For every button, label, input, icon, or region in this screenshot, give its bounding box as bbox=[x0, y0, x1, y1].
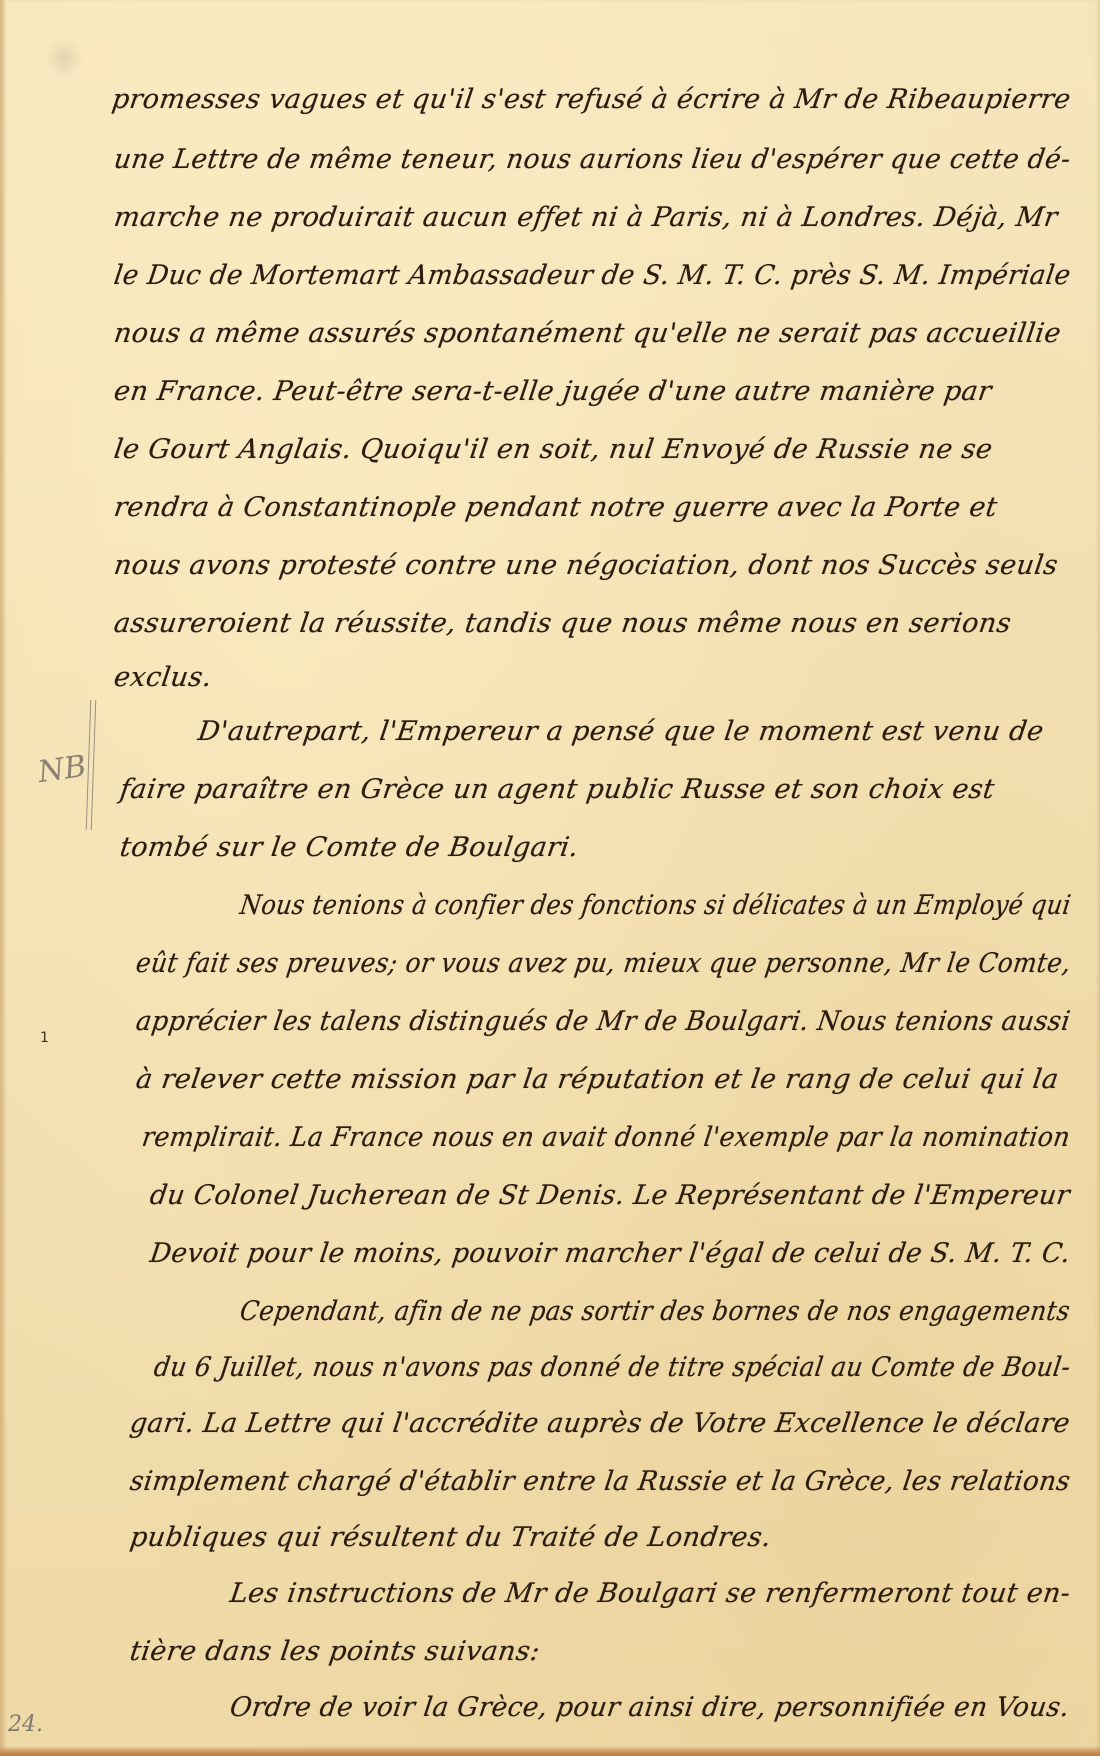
manuscript-line: eût fait ses preuves; or vous avez pu, m… bbox=[134, 948, 1073, 979]
manuscript-line: remplirait. La France nous en avait donn… bbox=[140, 1122, 1072, 1153]
manuscript-line: D'autrepart, l'Empereur a pensé que le m… bbox=[196, 716, 1046, 747]
manuscript-line: à relever cette mission par la réputatio… bbox=[134, 1064, 1061, 1095]
manuscript-line: marche ne produirait aucun effet ni à Pa… bbox=[112, 202, 1060, 233]
manuscript-line: Devoit pour le moins, pouvoir marcher l'… bbox=[148, 1238, 1073, 1269]
manuscript-line: exclus. bbox=[112, 662, 214, 693]
manuscript-line: rendra à Constantinople pendant notre gu… bbox=[112, 492, 999, 523]
manuscript-line: Cependant, afin de ne pas sortir des bor… bbox=[238, 1296, 1072, 1327]
manuscript-line: simplement chargé d'établir entre la Rus… bbox=[128, 1466, 1072, 1497]
page-left-edge bbox=[0, 0, 6, 1756]
page-bottom-edge bbox=[0, 1746, 1100, 1756]
manuscript-line: Nous tenions à confier des fonctions si … bbox=[238, 890, 1073, 921]
manuscript-line: promesses vagues et qu'il s'est refusé à… bbox=[110, 84, 1073, 115]
manuscript-line: apprécier les talens distingués de Mr de… bbox=[134, 1006, 1072, 1037]
manuscript-line: du Colonel Jucherean de St Denis. Le Rep… bbox=[148, 1180, 1072, 1211]
manuscript-line: tombé sur le Comte de Boulgari. bbox=[118, 832, 581, 863]
manuscript-line: nous avons protesté contre une négociati… bbox=[112, 550, 1060, 581]
manuscript-line: assureroient la réussite, tandis que nou… bbox=[112, 608, 1013, 639]
folio-number: 24. bbox=[8, 1712, 43, 1737]
faded-stamp bbox=[44, 40, 84, 76]
manuscript-line: Ordre de voir la Grèce, pour ainsi dire,… bbox=[228, 1692, 1072, 1723]
manuscript-line: une Lettre de même teneur, nous aurions … bbox=[112, 144, 1073, 175]
manuscript-line: tière dans les points suivans: bbox=[128, 1636, 542, 1667]
manuscript-line: le Duc de Mortemart Ambassadeur de S. M.… bbox=[112, 260, 1073, 291]
manuscript-line: faire paraître en Grèce un agent public … bbox=[118, 774, 997, 805]
manuscript-line: publiques qui résultent du Traité de Lon… bbox=[128, 1522, 773, 1553]
manuscript-page: promesses vagues et qu'il s'est refusé à… bbox=[0, 0, 1100, 1756]
manuscript-line: nous a même assurés spontanément qu'elle… bbox=[112, 318, 1063, 349]
manuscript-line: le Gourt Anglais. Quoiqu'il en soit, nul… bbox=[112, 434, 995, 465]
manuscript-line: gari. La Lettre qui l'accrédite auprès d… bbox=[128, 1408, 1072, 1439]
manuscript-line: Les instructions de Mr de Boulgari se re… bbox=[228, 1578, 1072, 1609]
manuscript-line: du 6 Juillet, nous n'avons pas donné de … bbox=[152, 1352, 1072, 1383]
manuscript-line: en France. Peut-être sera-t-elle jugée d… bbox=[112, 376, 994, 407]
margin-double-bar bbox=[86, 700, 97, 830]
margin-marker: 1 bbox=[40, 1030, 49, 1046]
margin-note-nb: NB bbox=[36, 749, 89, 790]
